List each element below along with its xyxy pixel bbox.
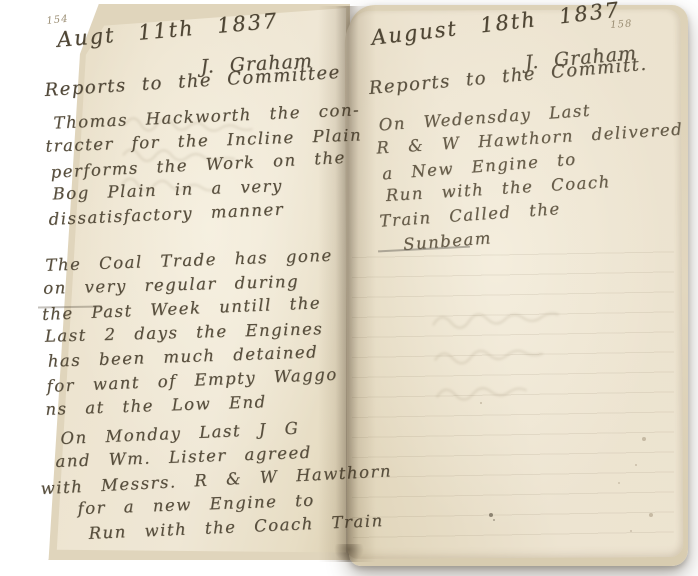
left-heading: Reports to the Committee <box>44 62 341 101</box>
right-heading: Reports to the Committ. <box>368 54 648 99</box>
right-paragraph-1: On Wedensday Last R & W Hawthorn deliver… <box>372 92 691 257</box>
right-date: August 18th 1837 <box>370 0 621 50</box>
left-date: Augt 11th 1837 <box>56 9 279 52</box>
left-page-number: 154 <box>46 14 69 27</box>
left-paragraph-3: On Monday Last J G and Wm. Lister agreed… <box>38 413 395 548</box>
left-paragraph-1: Thomas Hackworth the con- tracter for th… <box>44 98 366 232</box>
handwriting-layer: 154 Augt 11th 1837 J. Graham Reports to … <box>0 0 698 576</box>
manuscript-photo: 154 Augt 11th 1837 J. Graham Reports to … <box>0 0 698 576</box>
left-paragraph-2: The Coal Trade has gone on very regular … <box>40 244 339 422</box>
